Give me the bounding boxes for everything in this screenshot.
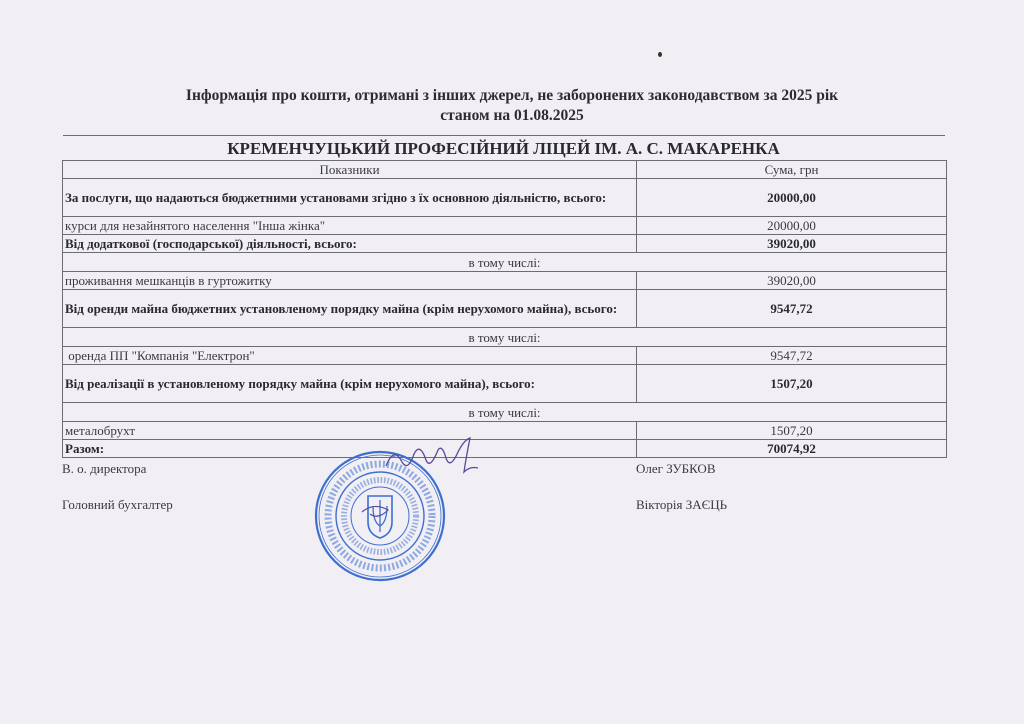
row-item-amount: 1507,20	[637, 422, 947, 440]
position-director: В. о. директора	[62, 461, 146, 477]
row-total-amount: 20000,00	[637, 179, 947, 217]
table-row: проживання мешканців в гуртожитку39020,0…	[63, 272, 947, 290]
income-table: Показники Сума, грн За послуги, що надаю…	[62, 160, 947, 458]
subheading-including: в тому числі:	[63, 403, 947, 422]
table-row: Від додаткової (господарської) діяльност…	[63, 235, 947, 253]
row-total-amount: 70074,92	[637, 440, 947, 458]
row-total-label: Від оренди майна бюджетних установленому…	[63, 290, 637, 328]
header-amount: Сума, грн	[637, 161, 947, 179]
table-row: металобрухт1507,20	[63, 422, 947, 440]
row-total-amount: 1507,20	[637, 365, 947, 403]
table-row: За послуги, що надаються бюджетними уста…	[63, 179, 947, 217]
row-item-amount: 39020,00	[637, 272, 947, 290]
position-accountant: Головний бухгалтер	[62, 497, 173, 513]
name-director: Олег ЗУБКОВ	[636, 461, 716, 477]
subheading-including: в тому числі:	[63, 253, 947, 272]
document-title: Інформація про кошти, отримані з інших д…	[0, 86, 1024, 106]
title-divider	[63, 135, 945, 136]
row-total-amount: 9547,72	[637, 290, 947, 328]
table-row: оренда ПП "Компанія "Електрон"9547,72	[63, 347, 947, 365]
row-item-label: металобрухт	[63, 422, 637, 440]
subheading-including: в тому числі:	[63, 328, 947, 347]
table-row: в тому числі:	[63, 253, 947, 272]
table-header-row: Показники Сума, грн	[63, 161, 947, 179]
row-total-label: За послуги, що надаються бюджетними уста…	[63, 179, 637, 217]
document-date: станом на 01.08.2025	[0, 106, 1024, 126]
scan-speck	[658, 52, 662, 57]
table-row: в тому числі:	[63, 328, 947, 347]
table-row: Разом:70074,92	[63, 440, 947, 458]
row-item-amount: 9547,72	[637, 347, 947, 365]
row-item-amount: 20000,00	[637, 217, 947, 235]
signature-scribble	[380, 436, 490, 488]
row-total-label: Від додаткової (господарської) діяльност…	[63, 235, 637, 253]
table-row: курси для незайнятого населення "Інша жі…	[63, 217, 947, 235]
table-row: в тому числі:	[63, 403, 947, 422]
row-item-label: проживання мешканців в гуртожитку	[63, 272, 637, 290]
header-indicators: Показники	[63, 161, 637, 179]
table-row: Від реалізації в установленому порядку м…	[63, 365, 947, 403]
row-total-amount: 39020,00	[637, 235, 947, 253]
name-accountant: Вікторія ЗАЄЦЬ	[636, 497, 727, 513]
row-item-label: оренда ПП "Компанія "Електрон"	[63, 347, 637, 365]
table-row: Від оренди майна бюджетних установленому…	[63, 290, 947, 328]
row-total-label: Від реалізації в установленому порядку м…	[63, 365, 637, 403]
row-item-label: курси для незайнятого населення "Інша жі…	[63, 217, 637, 235]
organization-name: КРЕМЕНЧУЦЬКИЙ ПРОФЕСІЙНИЙ ЛІЦЕЙ ІМ. А. С…	[62, 139, 945, 159]
